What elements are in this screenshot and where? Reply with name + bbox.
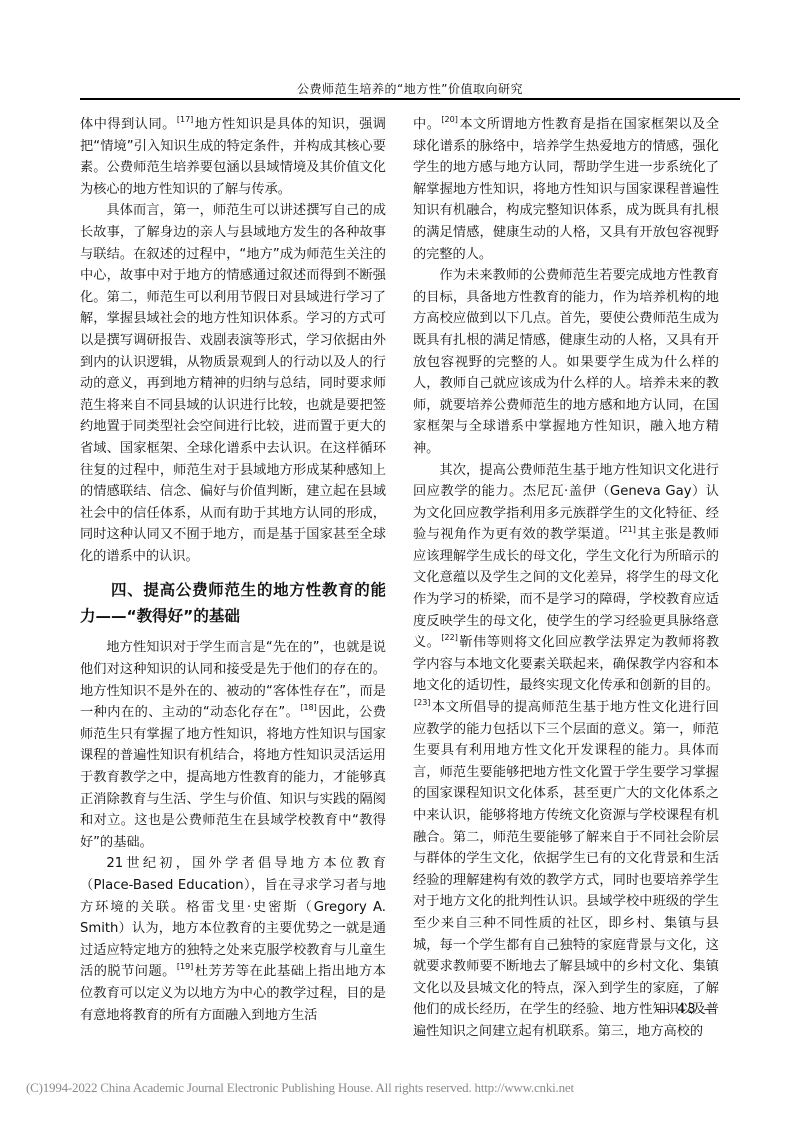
citation-23[interactable]: [23] bbox=[414, 698, 430, 707]
running-head: 公费师范生培养的“地方性”价值取向研究 bbox=[80, 80, 740, 97]
paragraph: 中。[20]本文所谓地方性教育是指在国家框架以及全球化谱系的脉络中，培养学生热爱… bbox=[413, 114, 719, 265]
citation-21[interactable]: [21] bbox=[619, 525, 635, 534]
section-heading: 四、提高公费师范生的地方性教育的能力——“教得好”的基础 bbox=[80, 577, 386, 629]
header-rule bbox=[80, 98, 740, 100]
citation-22[interactable]: [22] bbox=[441, 633, 457, 642]
paragraph: 具体而言，第一，师范生可以讲述撰写自己的成长故事，了解身边的亲人与县域地方发生的… bbox=[80, 200, 386, 567]
paragraph: 体中得到认同。[17]地方性知识是具体的知识，强调把“情境”引入知识生成的特定条… bbox=[80, 114, 386, 200]
paragraph: 地方性知识对于学生而言是“先在的”，也就是说他们对这种知识的认同和接受是先于他们… bbox=[80, 637, 386, 853]
paragraph: 21世纪初，国外学者倡导地方本位教育（Place-Based Education… bbox=[80, 853, 386, 1026]
paragraph: 其次，提高公费师范生基于地方性知识文化进行回应教学的能力。杰尼瓦·盖伊（Gene… bbox=[413, 460, 719, 1043]
page-number: — 43 — bbox=[656, 1002, 719, 1017]
citation-19[interactable]: [19] bbox=[177, 962, 193, 971]
citation-20[interactable]: [20] bbox=[441, 115, 457, 124]
right-column: 中。[20]本文所谓地方性教育是指在国家框架以及全球化谱系的脉络中，培养学生热爱… bbox=[413, 114, 719, 1043]
left-column: 体中得到认同。[17]地方性知识是具体的知识，强调把“情境”引入知识生成的特定条… bbox=[80, 114, 386, 1026]
citation-17[interactable]: [17] bbox=[177, 115, 193, 124]
copyright-footer: (C)1994-2022 China Academic Journal Elec… bbox=[26, 1080, 574, 1096]
citation-18[interactable]: [18] bbox=[300, 703, 316, 712]
paragraph: 作为未来教师的公费师范生若要完成地方性教育的目标，具备地方性教育的能力，作为培养… bbox=[413, 265, 719, 459]
